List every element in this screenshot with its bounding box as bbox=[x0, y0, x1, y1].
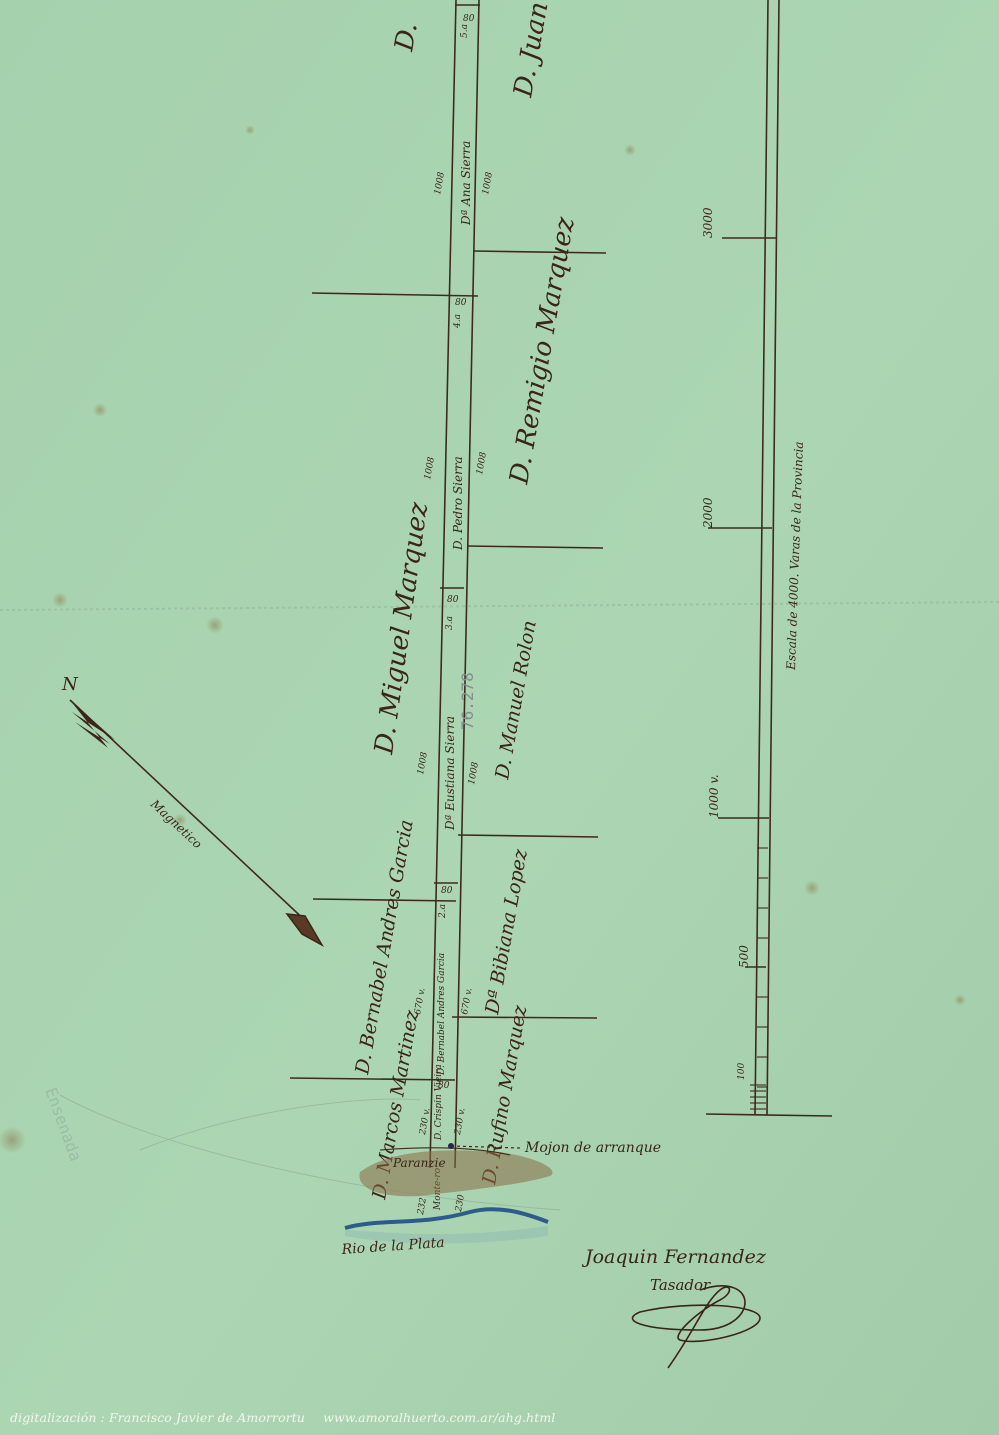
svg-text:4.a: 4.a bbox=[453, 314, 463, 329]
svg-text:2.a: 2.a bbox=[438, 904, 448, 919]
svg-text:80: 80 bbox=[455, 298, 467, 308]
scale-tick-500: 500 bbox=[737, 945, 751, 968]
scale-tick-3000: 3000 bbox=[701, 207, 715, 238]
svg-text:80: 80 bbox=[463, 14, 475, 24]
scale-tick-2000: 2000 bbox=[701, 497, 715, 529]
svg-text:3.a: 3.a bbox=[445, 616, 455, 630]
svg-text:80: 80 bbox=[441, 886, 453, 896]
svg-text:D. Crispin Vieira: D. Crispin Vieira bbox=[434, 1064, 444, 1141]
survey-map: 80 5.a Dª Ana Sierra 1008 1008 80 4.a D.… bbox=[0, 0, 999, 1435]
credit-text: digitalización : Francisco Javier de Amo… bbox=[10, 1410, 305, 1425]
scale-tick-1000: 1000 v. bbox=[707, 774, 721, 818]
neighbor-left-top: D. bbox=[389, 20, 424, 54]
start-marker-label: Mojon de arranque bbox=[524, 1140, 661, 1156]
svg-text:Dª Ana Sierra: Dª Ana Sierra bbox=[459, 141, 473, 226]
scale-tick-100: 100 bbox=[737, 1063, 747, 1080]
pencil-catalog-number: 76.278 bbox=[458, 672, 477, 730]
north-mark: N bbox=[61, 674, 79, 695]
signature-name: Joaquin Fernandez bbox=[581, 1246, 767, 1268]
signature-title-visible: Tasador bbox=[650, 1276, 711, 1294]
digitization-credit: digitalización : Francisco Javier de Amo… bbox=[10, 1410, 569, 1425]
paper-background bbox=[0, 0, 999, 1435]
svg-text:5.a: 5.a bbox=[460, 24, 470, 38]
svg-text:80: 80 bbox=[447, 595, 459, 605]
credit-url[interactable]: www.amoralhuerto.com.ar/ahg.html bbox=[323, 1410, 555, 1425]
svg-text:Dª Eustiana Sierra: Dª Eustiana Sierra bbox=[443, 716, 457, 831]
place-label: Paranzie bbox=[392, 1156, 446, 1170]
svg-text:D. Bernabel Andres Garcia: D. Bernabel Andres Garcia bbox=[437, 953, 447, 1076]
svg-text:D. Pedro Sierra: D. Pedro Sierra bbox=[451, 456, 465, 551]
